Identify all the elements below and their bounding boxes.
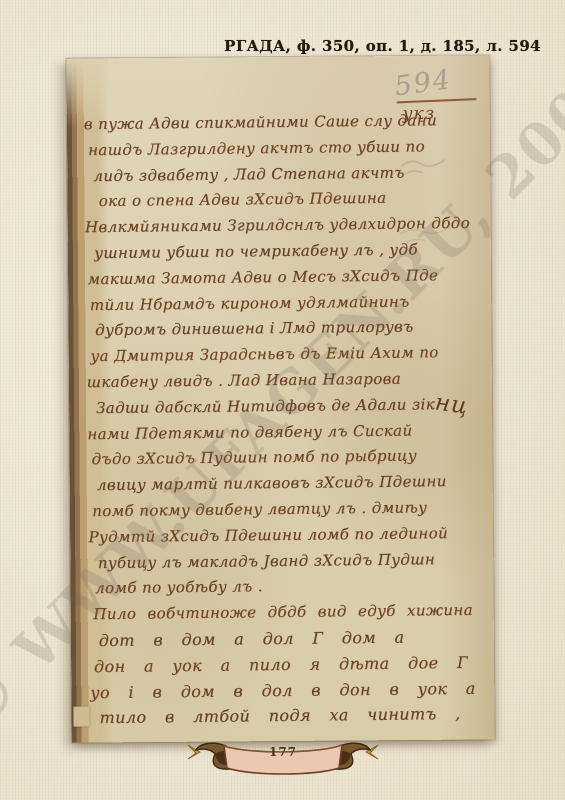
pencil-folio-number: 594 xyxy=(393,64,454,102)
manuscript-line: тило в лтбой подя ха чинитъ , xyxy=(99,704,482,734)
page-number-ribbon: 177 xyxy=(186,737,380,779)
manuscript-leaf: 594 укз нц в пужа Адви спикмайними Саше … xyxy=(66,55,494,742)
manuscript-text-block: в пужа Адви спикмайними Саше слу данинаш… xyxy=(84,111,483,735)
page-number: 177 xyxy=(186,745,380,759)
edge-fragment xyxy=(73,707,89,727)
manuscript-scan: РГАДА, ф. 350, оп. 1, д. 185, л. 594 594… xyxy=(0,0,565,800)
archive-reference: РГАДА, ф. 350, оп. 1, д. 185, л. 594 xyxy=(224,37,541,55)
